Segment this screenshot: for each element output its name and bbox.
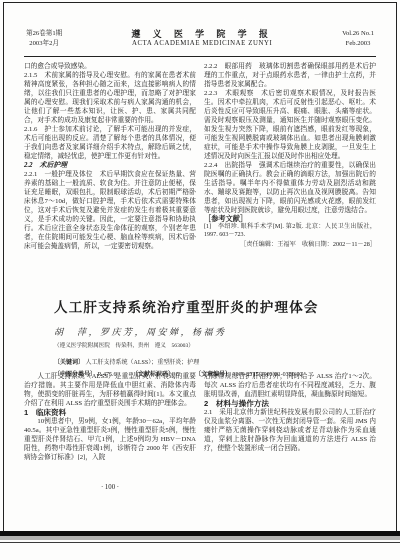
paragraph-2-2-2: 2.2.2 眼部用药 玻璃体切割患者确保眼部用药是术后护理的工作重点，对于点眼药… bbox=[204, 62, 376, 89]
bottom-scan-edge-line bbox=[0, 542, 400, 543]
issue-info-cn: 第26卷第1期 2003年2月 bbox=[26, 29, 62, 48]
journal-title-en: ACTA ACADEMIAE MEDICINAE ZUNYI bbox=[62, 39, 342, 48]
paragraph-continuation: 口的愈合或导致感染。 bbox=[24, 62, 196, 71]
article-authors: 胡 萍，罗庆芳，周安婵，杨福秀 bbox=[54, 325, 376, 338]
journal-page: 第26卷第1期 2003年2月 遵 义 医 学 院 学 报 ACTA ACADE… bbox=[0, 0, 400, 560]
article-header-block: 人工肝支持系统治疗重型肝炎的护理体会 胡 萍，罗庆芳，周安婵，杨福秀 （遵义医学… bbox=[54, 299, 376, 378]
keywords-line: 〔关键词〕 人工肝支持系统（ALSS）；重型肝炎；护理 bbox=[54, 357, 376, 366]
reference-item-1: [1] 李绍珍. 眼科手术学[M]. 第2版. 北京：人民卫生出版社，1997.… bbox=[204, 224, 376, 240]
bottom-scan-bar-gray bbox=[0, 536, 400, 540]
article-right-column: 后除常规综合护肝治疗外，同时给予 ALSS 治疗1～2次。每次 ALSS 治疗后… bbox=[204, 372, 376, 453]
volume-info-en: Vol.26 No.1 Feb.2003 bbox=[342, 29, 374, 48]
section-heading-2-2: 2.2 术后护理 bbox=[24, 161, 196, 170]
header-rule bbox=[24, 56, 376, 57]
references-heading: ［参考文献］ bbox=[204, 215, 376, 224]
article-left-column: 人工肝支持系统（ALSS）是重型肝炎、肝衰竭的重要治疗措施。其主要作用是降低血中… bbox=[24, 372, 196, 462]
keywords-label: 〔关键词〕 bbox=[54, 360, 84, 366]
methods-paragraph-2-1: 2.1 采用北京伟力新世纪科技发展有限公司的人工肝治疗仪及血浆分离器、一次性无菌… bbox=[204, 408, 376, 453]
issue-date-en: Feb.2003 bbox=[342, 39, 374, 49]
treatment-result-paragraph: 后除常规综合护肝治疗外，同时给予 ALSS 治疗1～2次。每次 ALSS 治疗后… bbox=[204, 372, 376, 399]
article-intro-paragraph: 人工肝支持系统（ALSS）是重型肝炎、肝衰竭的重要治疗措施。其主要作用是降低血中… bbox=[24, 372, 196, 408]
prev-article-left-column: 口的愈合或导致感染。 2.1.5 术前家属的指导及心理安慰。有的家属在患者术前精… bbox=[24, 62, 196, 251]
paragraph-2-1-6: 2.1.6 护士参加术前讨论，了解手术可能出现的并发症，术后可能出现的反应。清楚… bbox=[24, 125, 196, 161]
section-heading-clinical-data: 1 临床资料 bbox=[24, 408, 196, 417]
paragraph-2-2-3: 2.2.3 术眼观察 术后密切观察术眼情况，及时报告医生。因术中牵拉肌肉，术后可… bbox=[204, 89, 376, 161]
paragraph-2-1-5: 2.1.5 术前家属的指导及心理安慰。有的家属在患者术前精神高度紧张，各种担心随… bbox=[24, 71, 196, 125]
article-title: 人工肝支持系统治疗重型肝炎的护理体会 bbox=[54, 299, 376, 316]
article-affiliation: （遵义医学院附属医院 传染科，贵州 遵义 563003） bbox=[54, 341, 376, 349]
editor-note: ［责任编辑：王福军 收稿日期：2002－11－28］ bbox=[204, 240, 376, 249]
prev-article-right-column: 2.2.2 眼部用药 玻璃体切割患者确保眼部用药是术后护理的工作重点，对于点眼药… bbox=[204, 62, 376, 249]
journal-header: 第26卷第1期 2003年2月 遵 义 医 学 院 学 报 ACTA ACADE… bbox=[26, 29, 374, 48]
volume-number-en: Vol.26 No.1 bbox=[342, 29, 374, 39]
paragraph-2-2-1: 2.2.1 一般护理及体位 术后早期饮食应在保证热量、营养素的基础上一般流质、软… bbox=[24, 170, 196, 251]
keywords-value: 人工肝支持系统（ALSS）；重型肝炎；护理 bbox=[86, 360, 200, 366]
paragraph-2-2-4: 2.2.4 出院指导 强调术后继续治疗的重要性，以确保出院医嘱的正确执行。教会正… bbox=[204, 161, 376, 215]
issue-date-cn: 2003年2月 bbox=[26, 39, 62, 49]
clinical-data-paragraph: 10例患者中，男9例，女1例，年龄30－62a，平均年龄40.5a。其中亚急性重… bbox=[24, 417, 196, 462]
journal-title-block: 遵 义 医 学 院 学 报 ACTA ACADEMIAE MEDICINAE Z… bbox=[62, 29, 342, 48]
journal-title-cn: 遵 义 医 学 院 学 报 bbox=[62, 29, 342, 39]
section-heading-methods: 2 材料与操作方法 bbox=[204, 399, 376, 408]
issue-number-cn: 第26卷第1期 bbox=[26, 29, 62, 39]
page-number: · 100 · bbox=[24, 484, 196, 491]
